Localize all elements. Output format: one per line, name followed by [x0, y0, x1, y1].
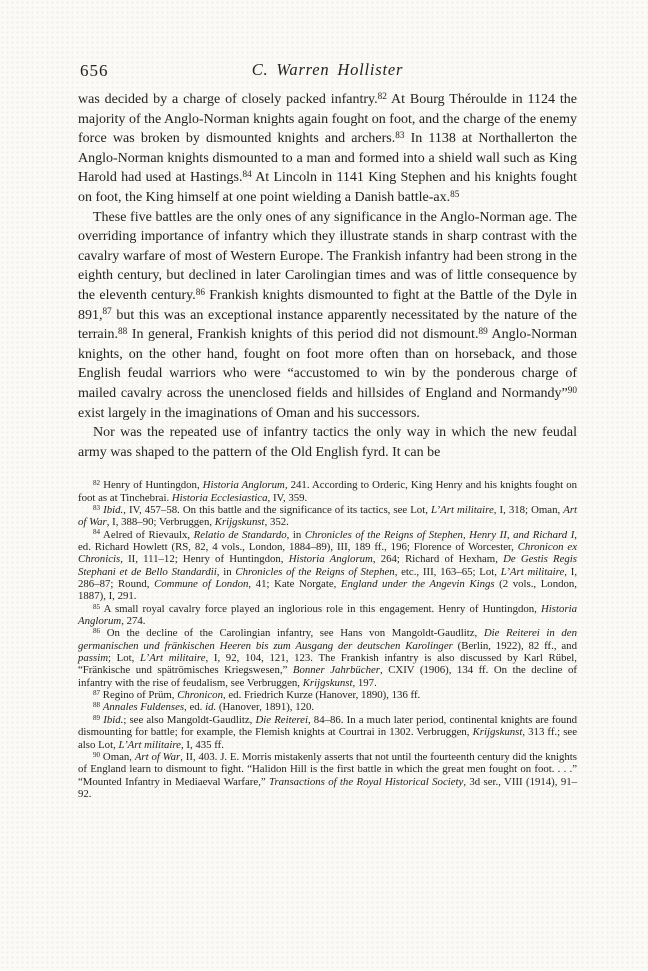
page-number: 656 [80, 61, 109, 81]
footnote: 88 Annales Fuldenses, ed. id. (Hanover, … [78, 701, 577, 713]
text-column: 656 C. Warren Hollister was decided by a… [78, 60, 577, 800]
body-text: was decided by a charge of closely packe… [78, 90, 577, 462]
footnote: 90 Oman, Art of War, II, 403. J. E. Morr… [78, 751, 577, 800]
footnote: 87 Regino of Prüm, Chronicon, ed. Friedr… [78, 689, 577, 701]
running-header: 656 C. Warren Hollister [78, 60, 577, 80]
footnote: 85 A small royal cavalry force played an… [78, 603, 577, 628]
footnote: 83 Ibid., IV, 457–58. On this battle and… [78, 504, 577, 529]
running-head-author: C. Warren Hollister [78, 60, 577, 80]
body-paragraph: was decided by a charge of closely packe… [78, 90, 577, 208]
footnote: 82 Henry of Huntingdon, Historia Angloru… [78, 479, 577, 504]
scanned-page: 656 C. Warren Hollister was decided by a… [0, 0, 648, 971]
body-paragraph: These five battles are the only ones of … [78, 208, 577, 424]
body-paragraph: Nor was the repeated use of infantry tac… [78, 423, 577, 462]
footnote: 84 Aelred of Rievaulx, Relatio de Standa… [78, 529, 577, 603]
footnote: 86 On the decline of the Carolingian inf… [78, 627, 577, 689]
footnotes-section: 82 Henry of Huntingdon, Historia Angloru… [78, 479, 577, 800]
footnote: 89 Ibid.; see also Mangoldt-Gaudlitz, Di… [78, 714, 577, 751]
